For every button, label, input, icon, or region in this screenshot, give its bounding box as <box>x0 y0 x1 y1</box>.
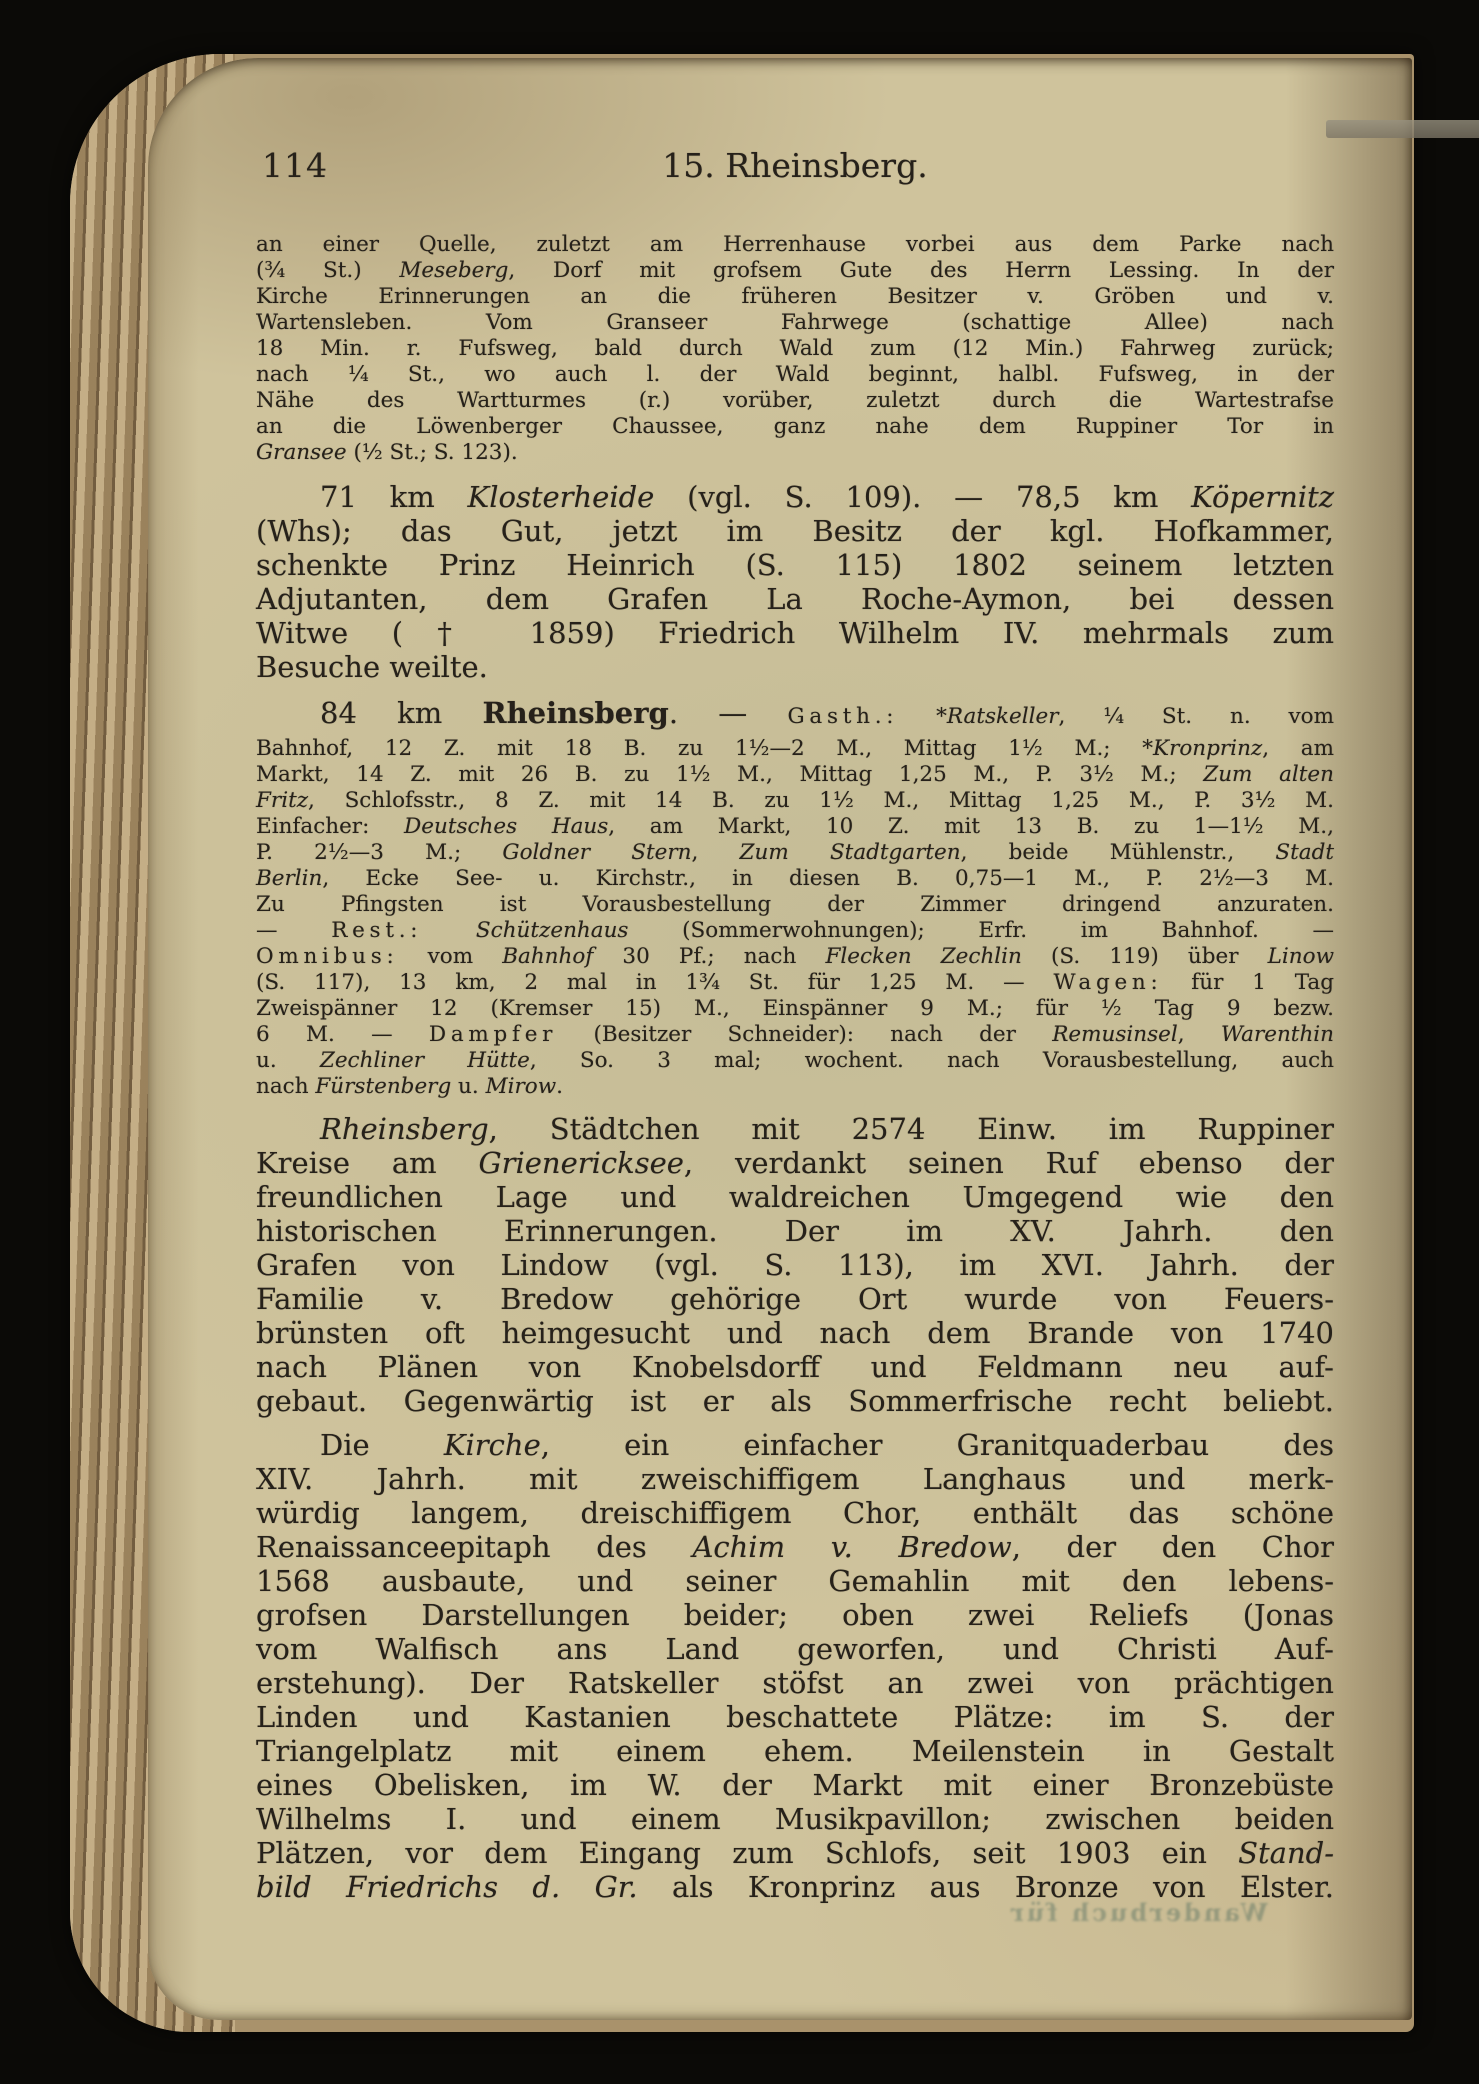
text-segment: (¾ St.) <box>256 258 399 283</box>
text-line: eines Obelisken, im W. der Markt mit ein… <box>256 1768 1334 1802</box>
text-segment: Witwe († 1859) Friedrich Wilhelm IV. meh… <box>256 616 1334 650</box>
page-deckle-edge <box>1326 120 1479 138</box>
text-line: Linden und Kastanien beschattete Plätze:… <box>256 1700 1334 1734</box>
paragraph-2: 71 km Klosterheide (vgl. S. 109). — 78,5… <box>256 480 1334 684</box>
text-segment: Wilhelms I. und einem Musikpavillon; zwi… <box>256 1802 1334 1836</box>
text-segment: 84 km <box>320 696 482 730</box>
text-segment: . — <box>669 696 788 730</box>
text-segment: Familie v. Bredow gehörige Ort wurde von… <box>256 1282 1334 1316</box>
text-line: an einer Quelle, zuletzt am Herrenhause … <box>256 232 1334 258</box>
text-segment: Zum Stadtgarten <box>740 840 961 865</box>
text-segment: . <box>556 1074 563 1099</box>
text-segment: Köpernitz <box>1191 480 1334 514</box>
text-segment: (vgl. S. 109). — 78,5 km <box>654 480 1191 514</box>
text-segment: Dampfer <box>429 1022 557 1047</box>
text-segment: Kreise am <box>256 1146 478 1180</box>
chapter-title: 15. Rheinsberg. <box>256 146 1334 185</box>
scan-background: 114 15. Rheinsberg. an einer Quelle, zul… <box>0 0 1479 2084</box>
text-segment: , Städtchen mit 2574 Einw. im Ruppiner <box>489 1112 1334 1146</box>
text-segment: Kirche Erinnerungen an die früheren Besi… <box>256 284 1334 309</box>
text-segment: Gasth.: <box>788 704 899 729</box>
text-line: Adjutanten, dem Grafen La Roche-Aymon, b… <box>256 582 1334 616</box>
text-line: schenkte Prinz Heinrich (S. 115) 1802 se… <box>256 548 1334 582</box>
text-segment: gebaut. Gegenwärtig ist er als Sommerfri… <box>256 1384 1334 1418</box>
text-segment: (Sommerwohnungen); Erfr. im Bahnhof. — <box>628 918 1334 943</box>
text-line: Zu Pfingsten ist Vorausbestellung der Zi… <box>256 892 1334 918</box>
text-segment: XIV. Jahrh. mit zweischiffigem Langhaus … <box>256 1462 1334 1496</box>
text-line: Markt, 14 Z. mit 26 B. zu 1½ M., Mittag … <box>256 762 1334 788</box>
text-segment: historischen Erinnerungen. Der im XV. Ja… <box>256 1214 1334 1248</box>
text-segment: Renaissanceepitaph des <box>256 1530 692 1564</box>
text-segment: , am <box>1262 736 1334 761</box>
text-segment: Mirow <box>486 1074 557 1099</box>
text-segment: Flecken Zechlin <box>825 944 1021 969</box>
paragraph-3: 84 km Rheinsberg. — Gasth.: *Ratskeller,… <box>256 694 1334 1100</box>
text-segment: freundlichen Lage und waldreichen Umgege… <box>256 1180 1334 1214</box>
text-column: an einer Quelle, zuletzt am Herrenhause … <box>256 232 1334 1904</box>
text-segment: Grafen von Lindow (vgl. S. 113), im XVI.… <box>256 1248 1334 1282</box>
text-segment: P. 2½—3 M.; <box>256 840 502 865</box>
text-segment: Berlin <box>256 866 322 891</box>
text-segment: an einer Quelle, zuletzt am Herrenhause … <box>256 232 1334 257</box>
text-segment: Linow <box>1268 944 1334 969</box>
text-segment: Plätzen, vor dem Eingang zum Schlofs, se… <box>256 1836 1238 1870</box>
text-line: Rheinsberg, Städtchen mit 2574 Einw. im … <box>256 1112 1334 1146</box>
text-segment: Besuche weilte. <box>256 650 488 684</box>
text-segment: Bahnhof, 12 Z. mit 18 B. zu 1½—2 M., Mit… <box>256 736 1153 761</box>
text-segment: schenkte Prinz Heinrich (S. 115) 1802 se… <box>256 548 1334 582</box>
text-line: historischen Erinnerungen. Der im XV. Ja… <box>256 1214 1334 1248</box>
text-line: (¾ St.) Meseberg, Dorf mit grofsem Gute … <box>256 258 1334 284</box>
text-line: nach ¼ St., wo auch l. der Wald beginnt,… <box>256 362 1334 388</box>
text-segment: nach ¼ St., wo auch l. der Wald beginnt,… <box>256 362 1334 387</box>
text-line: Triangelplatz mit einem ehem. Meilenstei… <box>256 1734 1334 1768</box>
paragraph-4: Rheinsberg, Städtchen mit 2574 Einw. im … <box>256 1112 1334 1418</box>
text-line: würdig langem, dreischiffigem Chor, enth… <box>256 1496 1334 1530</box>
text-segment: Klosterheide <box>468 480 655 514</box>
text-segment: (Besitzer Schneider): nach der <box>557 1022 1052 1047</box>
text-line: Wilhelms I. und einem Musikpavillon; zwi… <box>256 1802 1334 1836</box>
text-line: 84 km Rheinsberg. — Gasth.: *Ratskeller,… <box>256 694 1334 736</box>
text-segment: Deutsches Haus <box>404 814 608 839</box>
text-segment: 30 Pf.; nach <box>593 944 825 969</box>
text-segment: Goldner Stern <box>502 840 691 865</box>
text-line: Besuche weilte. <box>256 650 1334 684</box>
text-segment: (S. 117), 13 km, 2 mal in 1¾ St. für 1,2… <box>256 970 1053 995</box>
text-segment: Achim v. Bredow <box>692 1530 1011 1564</box>
text-segment: vom Walfisch ans Land geworfen, und Chri… <box>256 1632 1334 1666</box>
text-segment: würdig langem, dreischiffigem Chor, enth… <box>256 1496 1334 1530</box>
text-segment: , <box>1178 1022 1221 1047</box>
text-segment: Einfacher: <box>256 814 404 839</box>
text-segment: (½ St.; S. 123). <box>347 440 518 465</box>
text-segment: eines Obelisken, im W. der Markt mit ein… <box>256 1768 1334 1802</box>
text-segment: Stadt <box>1275 840 1334 865</box>
text-line: Kirche Erinnerungen an die früheren Besi… <box>256 284 1334 310</box>
text-segment: , der den Chor <box>1012 1530 1334 1564</box>
text-segment: , ¼ St. n. vom <box>1059 704 1334 729</box>
text-segment: Zweispänner 12 (Kremser 15) M., Einspänn… <box>256 996 1334 1021</box>
text-segment: Rest.: <box>331 918 422 943</box>
text-segment: Fritz <box>256 788 308 813</box>
paragraph-5: Die Kirche, ein einfacher Granitquaderba… <box>256 1428 1334 1904</box>
text-segment: brünsten oft heimgesucht und nach dem Br… <box>256 1316 1334 1350</box>
text-segment: nach Plänen von Knobelsdorff und Feldman… <box>256 1350 1334 1384</box>
text-segment: u. <box>451 1074 485 1099</box>
text-segment: Remusinsel <box>1052 1022 1178 1047</box>
text-line: Einfacher: Deutsches Haus, am Markt, 10 … <box>256 814 1334 840</box>
text-line: Bahnhof, 12 Z. mit 18 B. zu 1½—2 M., Mit… <box>256 736 1334 762</box>
text-line: u. Zechliner Hütte, So. 3 mal; wochent. … <box>256 1048 1334 1074</box>
text-line: erstehung). Der Ratskeller stöfst an zwe… <box>256 1666 1334 1700</box>
text-segment: * <box>898 704 947 729</box>
text-line: nach Fürstenberg u. Mirow. <box>256 1074 1334 1100</box>
text-line: Gransee (½ St.; S. 123). <box>256 440 1334 466</box>
text-segment: Stand- <box>1238 1836 1334 1870</box>
text-segment: Warenthin <box>1221 1022 1334 1047</box>
text-line: Fritz, Schlofsstr., 8 Z. mit 14 B. zu 1½… <box>256 788 1334 814</box>
text-segment: für 1 Tag <box>1162 970 1334 995</box>
text-segment: Adjutanten, dem Grafen La Roche-Aymon, b… <box>256 582 1334 616</box>
text-line: 6 M. — Dampfer (Besitzer Schneider): nac… <box>256 1022 1334 1048</box>
text-line: nach Plänen von Knobelsdorff und Feldman… <box>256 1350 1334 1384</box>
text-segment: , <box>691 840 739 865</box>
text-segment: grofsen Darstellungen beider; oben zwei … <box>256 1598 1334 1632</box>
text-segment: Omnibus: <box>256 944 398 969</box>
text-line: vom Walfisch ans Land geworfen, und Chri… <box>256 1632 1334 1666</box>
text-segment: u. <box>256 1048 320 1073</box>
text-segment: Zechliner Hütte <box>320 1048 530 1073</box>
text-line: 18 Min. r. Fufsweg, bald durch Wald zum … <box>256 336 1334 362</box>
text-segment: Wagen: <box>1053 970 1162 995</box>
text-line: an die Löwenberger Chaussee, ganz nahe d… <box>256 414 1334 440</box>
text-segment: Ratskeller <box>947 704 1059 729</box>
text-line: Witwe († 1859) Friedrich Wilhelm IV. meh… <box>256 616 1334 650</box>
text-segment: (S. 119) über <box>1022 944 1268 969</box>
text-segment: Nähe des Wartturmes (r.) vorüber, zuletz… <box>256 388 1334 413</box>
text-line: grofsen Darstellungen beider; oben zwei … <box>256 1598 1334 1632</box>
text-segment: 1568 ausbaute, und seiner Gemahlin mit d… <box>256 1564 1334 1598</box>
text-segment: , ein einfacher Granitquaderbau des <box>541 1428 1334 1462</box>
text-line: Omnibus: vom Bahnhof 30 Pf.; nach Flecke… <box>256 944 1334 970</box>
text-segment: Meseberg <box>399 258 508 283</box>
text-segment: (Whs); das Gut, jetzt im Besitz der kgl.… <box>256 514 1334 548</box>
text-line: Wartensleben. Vom Granseer Fahrwege (sch… <box>256 310 1334 336</box>
text-segment: nach <box>256 1074 315 1099</box>
running-header: 114 15. Rheinsberg. <box>256 146 1334 188</box>
text-segment: , So. 3 mal; wochent. nach Vorausbestell… <box>530 1048 1334 1073</box>
text-segment: Wartensleben. Vom Granseer Fahrwege (sch… <box>256 310 1334 335</box>
text-line: Plätzen, vor dem Eingang zum Schlofs, se… <box>256 1836 1334 1870</box>
text-line: XIV. Jahrh. mit zweischiffigem Langhaus … <box>256 1462 1334 1496</box>
text-segment: Schützenhaus <box>476 918 629 943</box>
text-segment: Triangelplatz mit einem ehem. Meilenstei… <box>256 1734 1334 1768</box>
text-segment: , Dorf mit grofsem Gute des Herrn Lessin… <box>508 258 1334 283</box>
text-segment: Rheinsberg <box>482 696 668 730</box>
text-segment: Gransee <box>256 440 347 465</box>
text-line: Nähe des Wartturmes (r.) vorüber, zuletz… <box>256 388 1334 414</box>
text-segment: Zu Pfingsten ist Vorausbestellung der Zi… <box>256 892 1334 917</box>
text-segment: vom <box>398 944 502 969</box>
text-line: P. 2½—3 M.; Goldner Stern, Zum Stadtgart… <box>256 840 1334 866</box>
text-line: Renaissanceepitaph des Achim v. Bredow, … <box>256 1530 1334 1564</box>
page-number: 114 <box>262 146 328 185</box>
text-line: — Rest.: Schützenhaus (Sommerwohnungen);… <box>256 918 1334 944</box>
text-segment: , verdankt seinen Ruf ebenso der <box>684 1146 1334 1180</box>
text-segment: Rheinsberg <box>320 1112 489 1146</box>
text-line: Zweispänner 12 (Kremser 15) M., Einspänn… <box>256 996 1334 1022</box>
show-through-text: Wanderbuch für <box>1008 1898 1268 1927</box>
text-line: (Whs); das Gut, jetzt im Besitz der kgl.… <box>256 514 1334 548</box>
text-segment: Die <box>320 1428 444 1462</box>
text-segment: Grienericksee <box>478 1146 683 1180</box>
text-line: Die Kirche, ein einfacher Granitquaderba… <box>256 1428 1334 1462</box>
text-segment: — <box>256 918 331 943</box>
text-segment: Linden und Kastanien beschattete Plätze:… <box>256 1700 1334 1734</box>
text-line: Kreise am Grienericksee, verdankt seinen… <box>256 1146 1334 1180</box>
text-line: (S. 117), 13 km, 2 mal in 1¾ St. für 1,2… <box>256 970 1334 996</box>
text-segment: 71 km <box>320 480 468 514</box>
text-line: 1568 ausbaute, und seiner Gemahlin mit d… <box>256 1564 1334 1598</box>
text-segment: an die Löwenberger Chaussee, ganz nahe d… <box>256 414 1334 439</box>
text-segment: , Schlofsstr., 8 Z. mit 14 B. zu 1½ M., … <box>308 788 1334 813</box>
text-line: 71 km Klosterheide (vgl. S. 109). — 78,5… <box>256 480 1334 514</box>
text-segment: Markt, 14 Z. mit 26 B. zu 1½ M., Mittag … <box>256 762 1203 787</box>
text-segment: , Ecke See- u. Kirchstr., in diesen B. 0… <box>322 866 1334 891</box>
text-segment: 18 Min. r. Fufsweg, bald durch Wald zum … <box>256 336 1334 361</box>
text-segment: Bahnhof <box>502 944 593 969</box>
text-segment: erstehung). Der Ratskeller stöfst an zwe… <box>256 1666 1334 1700</box>
text-segment: , am Markt, 10 Z. mit 13 B. zu 1—1½ M., <box>608 814 1334 839</box>
text-segment: Fürstenberg <box>315 1074 451 1099</box>
text-segment: Kronprinz <box>1153 736 1262 761</box>
text-segment <box>422 918 476 943</box>
text-segment: , beide Mühlenstr., <box>961 840 1276 865</box>
text-line: freundlichen Lage und waldreichen Umgege… <box>256 1180 1334 1214</box>
text-segment: bild Friedrichs d. Gr. <box>256 1870 638 1904</box>
text-line: Grafen von Lindow (vgl. S. 113), im XVI.… <box>256 1248 1334 1282</box>
text-line: gebaut. Gegenwärtig ist er als Sommerfri… <box>256 1384 1334 1418</box>
paragraph-1: an einer Quelle, zuletzt am Herrenhause … <box>256 232 1334 466</box>
text-segment: Zum alten <box>1203 762 1334 787</box>
text-line: brünsten oft heimgesucht und nach dem Br… <box>256 1316 1334 1350</box>
text-line: Berlin, Ecke See- u. Kirchstr., in diese… <box>256 866 1334 892</box>
text-line: Familie v. Bredow gehörige Ort wurde von… <box>256 1282 1334 1316</box>
text-segment: 6 M. — <box>256 1022 429 1047</box>
text-segment: Kirche <box>444 1428 541 1462</box>
